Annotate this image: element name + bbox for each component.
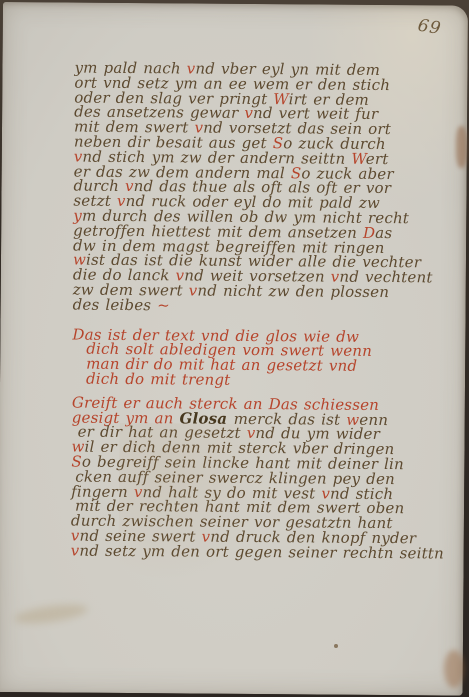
ink-segment: des leibes [73,295,158,314]
text-block: ym pald nach vnd vber eyl yn mit demort … [71,61,427,561]
photo-background: 69 ym pald nach vnd vber eyl yn mit demo… [0,0,469,697]
section-gloss-das-schiessen: Greift er auch sterck an Das schiessenge… [71,395,424,561]
ink-segment: dich do mit trengt [86,370,231,389]
ink-segment: v [189,281,198,299]
ink-segment: ~ [157,296,170,314]
ink-segment: nd setz ym den ort gegen seiner rechtn s… [79,541,444,562]
manuscript-line: vnd setz ym den ort gegen seiner rechtn … [71,543,423,561]
manuscript-page: 69 ym pald nach vnd vber eyl yn mit demo… [0,2,468,696]
folio-number: 69 [417,16,444,40]
ink-segment: v [71,541,80,559]
ink-segment: nd nicht zw den plossen [197,281,389,301]
manuscript-line: dich do mit trengt [86,372,424,389]
section-rubric-abledigen-vom-swert: Das ist der text vnd die glos wie dwdich… [72,327,424,389]
section-gloss-nachreisen-ansetzen: ym pald nach vnd vber eyl yn mit demort … [73,61,427,315]
